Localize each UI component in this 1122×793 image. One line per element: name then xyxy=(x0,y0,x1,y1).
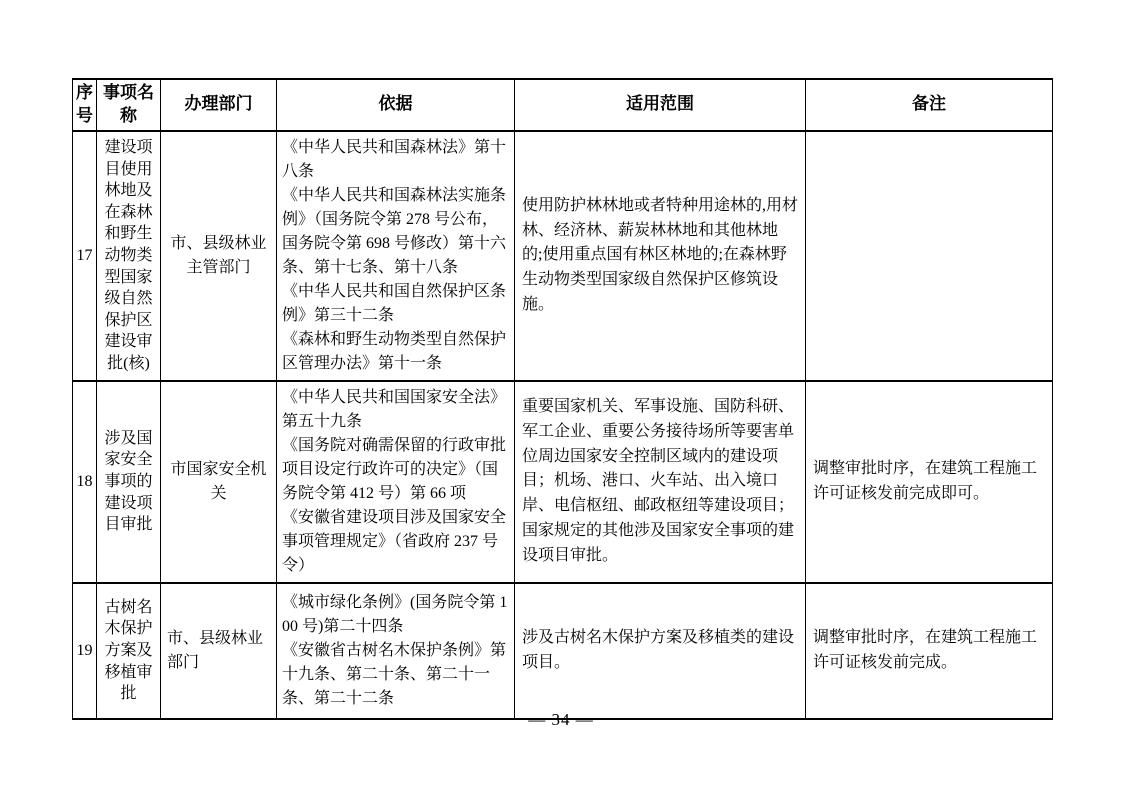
basis-entry: 《中华人民共和国森林法》第十八条 xyxy=(282,136,508,184)
column-header-basis: 依据 xyxy=(277,79,515,131)
basis-entry: 《中华人民共和国自然保护区条例》第三十二条 xyxy=(282,280,508,328)
basis-entry: 《城市绿化条例》(国务院令第 100 号)第二十四条 xyxy=(282,591,508,639)
column-header-department: 办理部门 xyxy=(161,79,277,131)
cell-department: 市国家安全机关 xyxy=(161,381,277,583)
column-header-note: 备注 xyxy=(806,79,1053,131)
cell-scope: 使用防护林林地或者特种用途林的,用材林、经济林、薪炭林林地和其他林地的;使用重点… xyxy=(515,131,806,381)
basis-entry: 《中华人民共和国森林法实施条例》（国务院令第 278 号公布，国务院令第 698… xyxy=(282,184,508,280)
document-page: 序号 事项名称 办理部门 依据 适用范围 备注 17 建设项目使用林地及在森林和… xyxy=(0,0,1122,793)
column-header-item-name: 事项名称 xyxy=(97,79,161,131)
cell-note xyxy=(806,131,1053,381)
cell-note: 调整审批时序，在建筑工程施工许可证核发前完成。 xyxy=(806,583,1053,719)
page-number: — 34 — xyxy=(0,710,1122,730)
table-row: 17 建设项目使用林地及在森林和野生动物类型国家级自然保护区建设审批(核) 市、… xyxy=(73,131,1053,381)
table-row: 18 涉及国家安全事项的建设项目审批 市国家安全机关 《中华人民共和国国家安全法… xyxy=(73,381,1053,583)
cell-basis: 《城市绿化条例》(国务院令第 100 号)第二十四条 《安徽省古树名木保护条例》… xyxy=(277,583,515,719)
cell-department: 市、县级林业主管部门 xyxy=(161,131,277,381)
cell-scope: 重要国家机关、军事设施、国防科研、军工企业、重要公务接待场所等要害单位周边国家安… xyxy=(515,381,806,583)
basis-entry: 《国务院对确需保留的行政审批项目设定行政许可的决定》（国务院令第 412 号）第… xyxy=(282,434,508,506)
cell-note: 调整审批时序，在建筑工程施工许可证核发前完成即可。 xyxy=(806,381,1053,583)
cell-department: 市、县级林业部门 xyxy=(161,583,277,719)
cell-item-name: 建设项目使用林地及在森林和野生动物类型国家级自然保护区建设审批(核) xyxy=(97,131,161,381)
basis-entry: 《安徽省建设项目涉及国家安全事项管理规定》（省政府 237 号令） xyxy=(282,506,508,578)
cell-basis: 《中华人民共和国森林法》第十八条 《中华人民共和国森林法实施条例》（国务院令第 … xyxy=(277,131,515,381)
basis-entry: 《安徽省古树名木保护条例》第十九条、第二十条、第二十一条、第二十二条 xyxy=(282,639,508,711)
table-row: 19 古树名木保护方案及移植审批 市、县级林业部门 《城市绿化条例》(国务院令第… xyxy=(73,583,1053,719)
cell-seq: 17 xyxy=(73,131,97,381)
cell-scope: 涉及古树名木保护方案及移植类的建设项目。 xyxy=(515,583,806,719)
approval-items-table: 序号 事项名称 办理部门 依据 适用范围 备注 17 建设项目使用林地及在森林和… xyxy=(72,78,1053,720)
cell-basis: 《中华人民共和国国家安全法》第五十九条 《国务院对确需保留的行政审批项目设定行政… xyxy=(277,381,515,583)
cell-seq: 19 xyxy=(73,583,97,719)
column-header-scope: 适用范围 xyxy=(515,79,806,131)
basis-entry: 《森林和野生动物类型自然保护区管理办法》第十一条 xyxy=(282,328,508,376)
cell-seq: 18 xyxy=(73,381,97,583)
table-header-row: 序号 事项名称 办理部门 依据 适用范围 备注 xyxy=(73,79,1053,131)
cell-item-name: 涉及国家安全事项的建设项目审批 xyxy=(97,381,161,583)
cell-item-name: 古树名木保护方案及移植审批 xyxy=(97,583,161,719)
basis-entry: 《中华人民共和国国家安全法》第五十九条 xyxy=(282,386,508,434)
column-header-seq: 序号 xyxy=(73,79,97,131)
